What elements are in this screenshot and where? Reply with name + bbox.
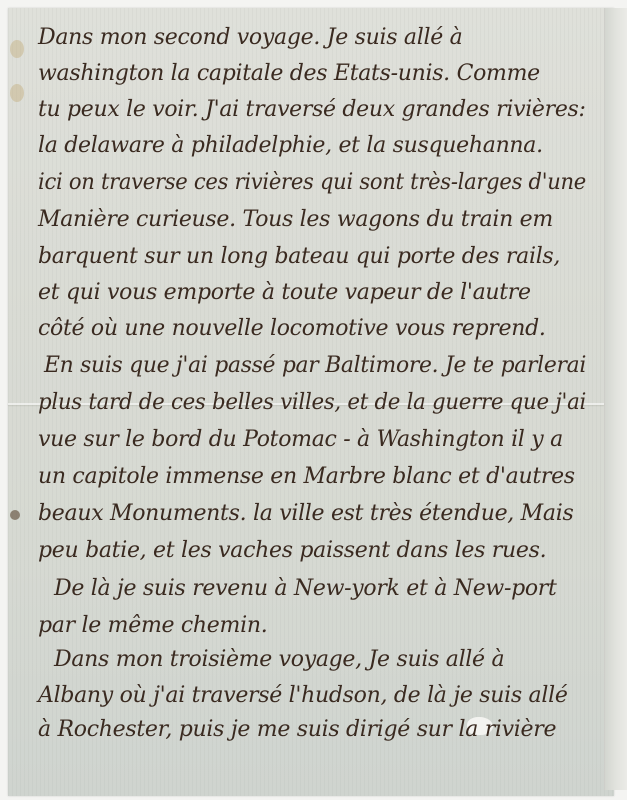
text-line: En suis que j'ai passé par Baltimore. Je…: [44, 353, 586, 378]
text-line: et qui vous emporte à toute vapeur de l'…: [38, 280, 531, 305]
text-line: ici on traverse ces rivières qui sont tr…: [38, 170, 586, 195]
text-line: par le même chemin.: [38, 613, 267, 638]
text-line: vue sur le bord du Potomac - à Washingto…: [38, 427, 563, 452]
text-line: côté où une nouvelle locomotive vous rep…: [38, 316, 546, 341]
text-line: plus tard de ces belles villes, et de la…: [38, 390, 586, 415]
text-line: washington la capitale des Etats-unis. C…: [38, 61, 540, 86]
page-fold-right: [604, 8, 627, 790]
text-line: la delaware à philadelphie, et la susque…: [38, 133, 543, 158]
text-line: Albany où j'ai traversé l'hudson, de là …: [38, 683, 568, 708]
paper-stain: [10, 84, 24, 102]
paper-stain: [10, 40, 24, 58]
text-line: tu peux le voir. J'ai traversé deux gran…: [38, 97, 586, 122]
text-line: peu batie, et les vaches paissent dans l…: [38, 538, 546, 563]
text-line: Manière curieuse. Tous les wagons du tra…: [38, 207, 553, 232]
text-line: beaux Monuments. la ville est très étend…: [38, 501, 573, 526]
text-line: à Rochester, puis je me suis dirigé sur …: [38, 717, 556, 742]
text-line: Dans mon troisième voyage, Je suis allé …: [54, 647, 504, 672]
text-line: De là je suis revenu à New-york et à New…: [54, 576, 557, 601]
text-line: un capitole immense en Marbre blanc et d…: [38, 464, 575, 489]
text-line: Dans mon second voyage. Je suis allé à: [38, 25, 462, 50]
text-line: barquent sur un long bateau qui porte de…: [38, 244, 560, 269]
paper-stain: [10, 510, 20, 520]
